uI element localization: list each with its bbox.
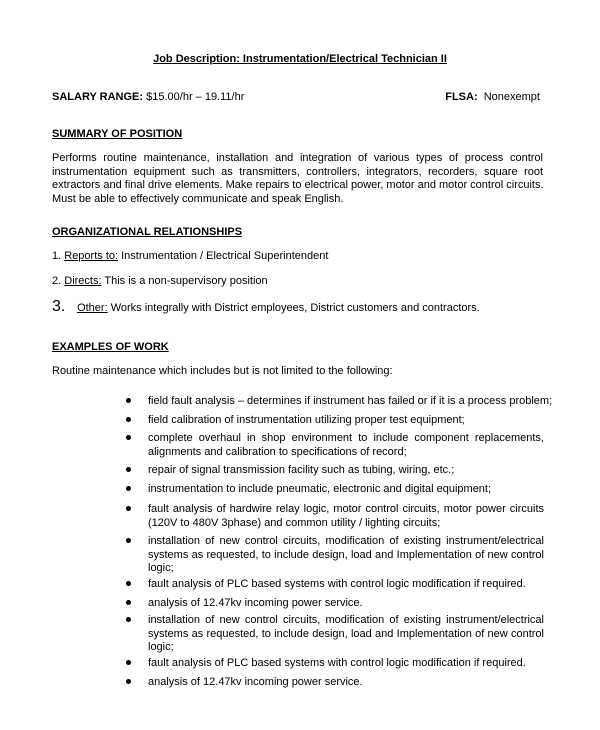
org-item-number: 3.	[52, 298, 74, 316]
bullet-icon	[126, 679, 131, 684]
bullet-line: fault analysis of PLC based systems with…	[148, 657, 544, 671]
work-bullet-item: fault analysis of hardwire relay logic, …	[148, 503, 544, 530]
work-bullet-item: repair of signal transmission facility s…	[148, 464, 544, 478]
work-bullet-item: field calibration of instrumentation uti…	[148, 414, 544, 428]
work-bullet-item: analysis of 12.47kv incoming power servi…	[148, 676, 544, 690]
bullet-line: field fault analysis – determines if ins…	[148, 395, 544, 409]
org-item-number: 2.	[52, 275, 61, 287]
org-item-reports-to: 1. Reports to: Instrumentation / Electri…	[52, 250, 328, 262]
flsa-value: Nonexempt	[484, 91, 540, 103]
bullet-line: fault analysis of hardwire relay logic, …	[148, 503, 544, 517]
bullet-line: logic;	[148, 641, 544, 655]
summary-line: extractors and final drive elements. Mak…	[52, 179, 543, 193]
org-item-other: 3. Other: Works integrally with District…	[52, 298, 480, 316]
work-bullet-item: analysis of 12.47kv incoming power servi…	[148, 597, 544, 611]
bullet-line: (120V to 480V 3phase) and common utility…	[148, 517, 544, 531]
bullet-line: field calibration of instrumentation uti…	[148, 414, 544, 428]
bullet-line: systems as requested, to include design,…	[148, 628, 544, 642]
bullet-icon	[126, 467, 131, 472]
bullet-icon	[126, 660, 131, 665]
org-item-text: Instrumentation / Electrical Superintend…	[118, 250, 328, 262]
org-item-number: 1.	[52, 250, 61, 262]
work-bullet-item: installation of new control circuits, mo…	[148, 535, 544, 576]
work-heading: EXAMPLES OF WORK	[52, 341, 169, 353]
summary-line: instrumentation equipment such as transm…	[52, 166, 543, 180]
bullet-line: analysis of 12.47kv incoming power servi…	[148, 597, 544, 611]
bullet-line: repair of signal transmission facility s…	[148, 464, 544, 478]
bullet-line: instrumentation to include pneumatic, el…	[148, 483, 544, 497]
bullet-line: alignments and calibration to specificat…	[148, 446, 544, 460]
flsa-label: FLSA:	[445, 91, 477, 103]
org-item-label: Other:	[77, 302, 108, 314]
org-item-directs: 2. Directs: This is a non-supervisory po…	[52, 275, 268, 287]
bullet-icon	[126, 398, 131, 403]
org-item-text: Works integrally with District employees…	[108, 302, 480, 314]
document-title: Job Description: Instrumentation/Electri…	[0, 53, 600, 65]
bullet-icon	[126, 538, 131, 543]
salary-value: $15.00/hr – 19.11/hr	[146, 91, 244, 103]
work-bullet-item: instrumentation to include pneumatic, el…	[148, 483, 544, 497]
bullet-icon	[126, 617, 131, 622]
work-intro: Routine maintenance which includes but i…	[52, 365, 393, 377]
bullet-line: installation of new control circuits, mo…	[148, 535, 544, 549]
bullet-line: systems as requested, to include design,…	[148, 549, 544, 563]
work-bullet-item: installation of new control circuits, mo…	[148, 614, 544, 655]
salary-label: SALARY RANGE:	[52, 91, 143, 103]
summary-heading: SUMMARY OF POSITION	[52, 128, 182, 140]
org-item-label: Reports to:	[64, 250, 118, 262]
summary-line: Performs routine maintenance, installati…	[52, 152, 543, 166]
org-item-text: This is a non-supervisory position	[102, 275, 268, 287]
summary-paragraph: Performs routine maintenance, installati…	[52, 152, 543, 206]
org-item-label: Directs:	[64, 275, 101, 287]
bullet-line: logic;	[148, 562, 544, 576]
bullet-icon	[126, 486, 131, 491]
document-page: Job Description: Instrumentation/Electri…	[0, 0, 600, 730]
bullet-icon	[126, 435, 131, 440]
bullet-line: complete overhaul in shop environment to…	[148, 432, 544, 446]
org-heading: ORGANIZATIONAL RELATIONSHIPS	[52, 226, 242, 238]
bullet-icon	[126, 506, 131, 511]
work-bullet-item: complete overhaul in shop environment to…	[148, 432, 544, 459]
salary-range: SALARY RANGE: $15.00/hr – 19.11/hr	[52, 91, 244, 103]
bullet-line: fault analysis of PLC based systems with…	[148, 578, 544, 592]
bullet-line: analysis of 12.47kv incoming power servi…	[148, 676, 544, 690]
flsa: FLSA: Nonexempt	[445, 91, 540, 103]
bullet-line: installation of new control circuits, mo…	[148, 614, 544, 628]
bullet-icon	[126, 600, 131, 605]
bullet-icon	[126, 417, 131, 422]
summary-line: Must be able to effectively communicate …	[52, 193, 543, 207]
work-bullet-item: fault analysis of PLC based systems with…	[148, 657, 544, 671]
work-bullet-item: fault analysis of PLC based systems with…	[148, 578, 544, 592]
work-bullet-item: field fault analysis – determines if ins…	[148, 395, 544, 409]
bullet-icon	[126, 581, 131, 586]
